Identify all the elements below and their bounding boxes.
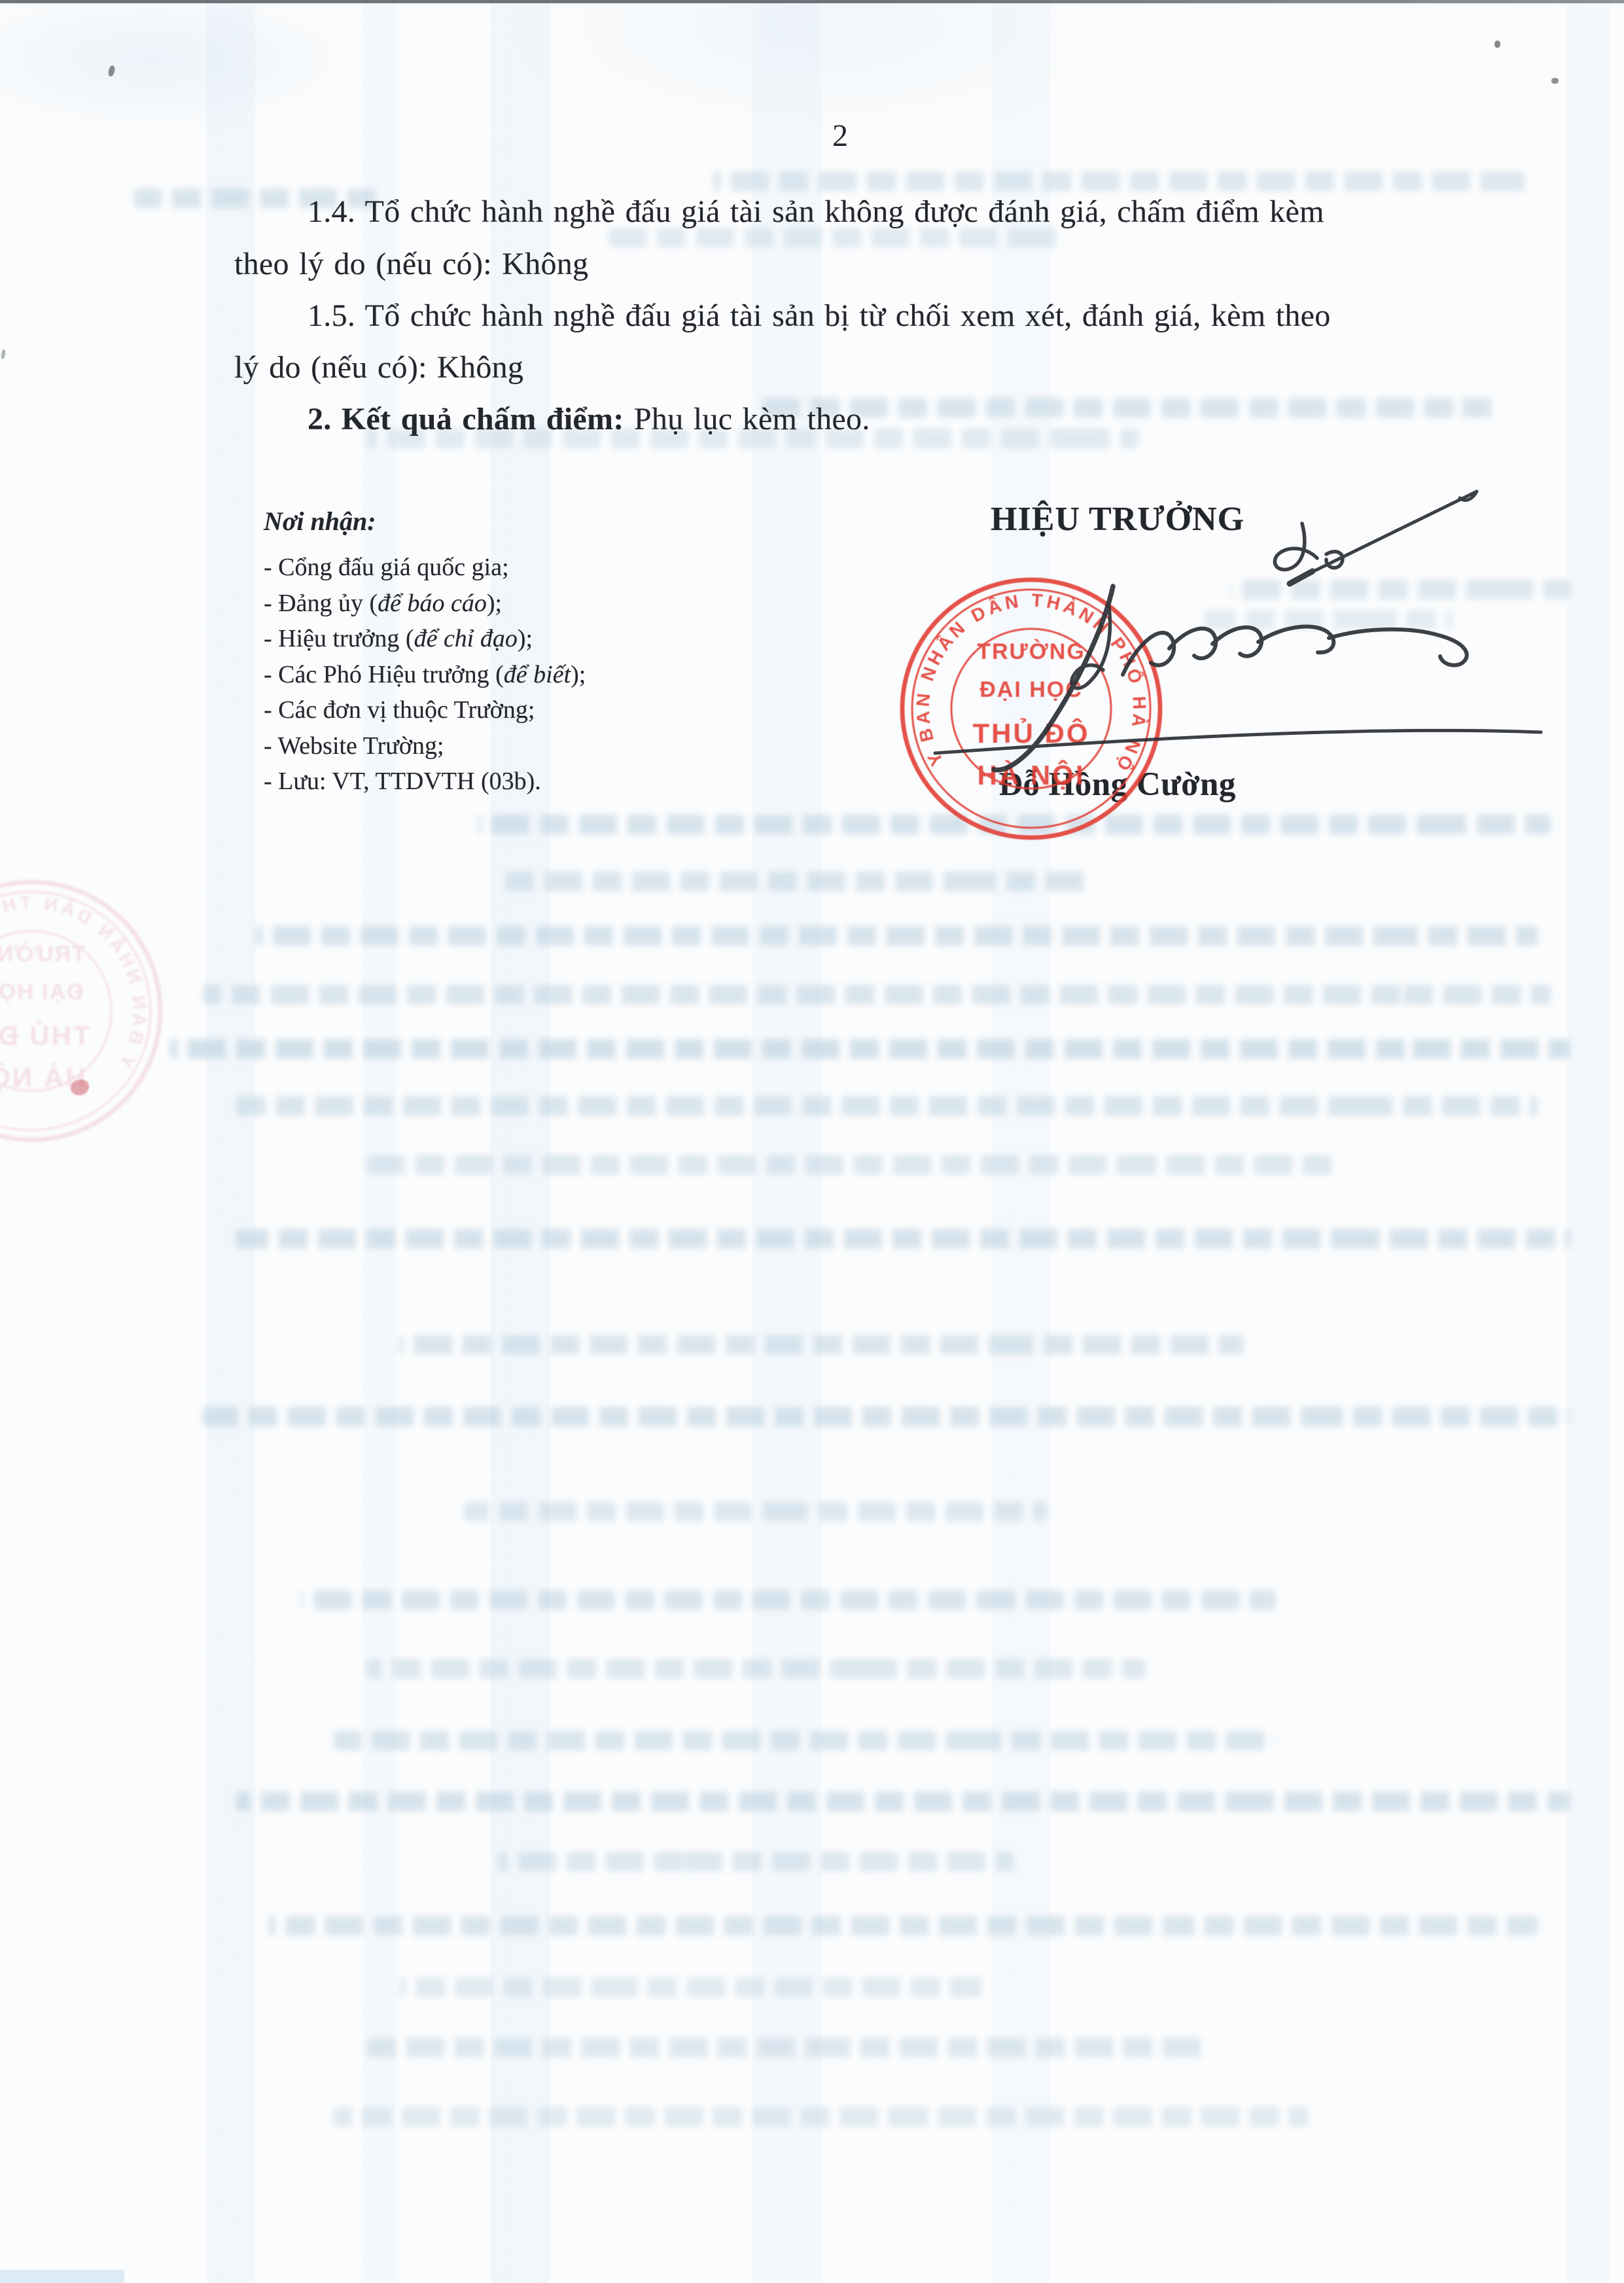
bleedthrough-text-line bbox=[504, 872, 1093, 891]
bleedthrough-text-line bbox=[1230, 580, 1570, 599]
bleedthrough-text-line bbox=[203, 1407, 1570, 1426]
signature-loops bbox=[1123, 627, 1467, 675]
scan-tint-layer bbox=[0, 0, 1624, 2283]
bleedthrough-text-line bbox=[268, 1916, 1538, 1936]
bleedthrough-text-line bbox=[203, 985, 1551, 1004]
bleedthrough-text-line bbox=[366, 2038, 1210, 2057]
bleedthrough-text-line bbox=[334, 2107, 1309, 2127]
scan-speck bbox=[107, 65, 116, 77]
recipient-item: - Website Trường; bbox=[264, 728, 586, 764]
scan-top-edge-artifact bbox=[0, 0, 1624, 3]
bleedthrough-text-line bbox=[334, 1731, 1276, 1750]
recipient-item: - Hiệu trưởng (để chỉ đạo); bbox=[264, 621, 586, 657]
stamp-center-line: THỦ ĐÔ bbox=[973, 717, 1090, 749]
stamp-ring-text: ỦY BAN NHÂN DÂN THÀNH PHỐ HÀ NỘI bbox=[913, 590, 1150, 778]
bleedthrough-text-line bbox=[236, 1096, 1538, 1116]
signer-name: Đỗ Hồng Cường bbox=[998, 766, 1236, 804]
bleedthrough-text-line bbox=[713, 171, 1525, 191]
signature-underline bbox=[935, 730, 1541, 753]
signature-flourish bbox=[1275, 523, 1343, 570]
bleedthrough-text-line bbox=[236, 1792, 1570, 1811]
bleedthrough-text-line bbox=[465, 1502, 1047, 1521]
scan-speck bbox=[1494, 41, 1500, 48]
signature-main-stroke bbox=[994, 586, 1113, 770]
bleedthrough-text-line bbox=[399, 1335, 1243, 1354]
recipients-heading: Nơi nhận: bbox=[264, 506, 376, 537]
bleedthrough-text-line bbox=[399, 1977, 981, 1997]
recipient-item: - Các đơn vị thuộc Trường; bbox=[264, 692, 586, 728]
recipient-item: - Đảng ủy (để báo cáo); bbox=[264, 586, 586, 622]
bleedthrough-text-line bbox=[497, 1852, 1014, 1871]
signature-flourish-tip bbox=[1290, 571, 1313, 584]
svg-text:ỦY BAN NHÂN DÂN THÀNH PHỐ HÀ N: ỦY BAN NHÂN DÂN THÀNH PHỐ HÀ NỘI bbox=[913, 590, 1150, 778]
bleedthrough-ink-blot bbox=[71, 1080, 89, 1095]
bleedthrough-text-line bbox=[366, 1155, 1341, 1175]
stamp-center-line: TRƯỜNG bbox=[977, 639, 1086, 664]
bleedthrough-text-line bbox=[478, 815, 1551, 834]
recipients-list: - Cổng đấu giá quốc gia; - Đảng ủy (để b… bbox=[264, 550, 586, 800]
bleedthrough-stamp bbox=[0, 874, 169, 1148]
bleedthrough-text-line bbox=[301, 1590, 1276, 1610]
paragraph-2-heading: 2. Kết quả chấm điểm: Phụ lục kèm theo. bbox=[308, 401, 870, 437]
signature-inner-loop bbox=[1072, 607, 1110, 688]
paragraph-1-5-line-2: lý do (nếu có): Không bbox=[234, 349, 523, 385]
recipient-item: - Lưu: VT, TTDVTH (03b). bbox=[264, 764, 586, 800]
paragraph-1-4-line-2: theo lý do (nếu có): Không bbox=[234, 246, 588, 282]
page-number: 2 bbox=[826, 118, 855, 154]
bleedthrough-text-line bbox=[170, 1039, 1570, 1059]
signer-title: HIỆU TRƯỞNG bbox=[991, 500, 1244, 539]
paragraph-1-5-line-1: 1.5. Tổ chức hành nghề đấu giá tài sản b… bbox=[308, 298, 1331, 334]
bleedthrough-text-line bbox=[236, 1229, 1570, 1248]
bleedthrough-text-line bbox=[366, 1659, 1145, 1678]
scan-bottom-edge-artifact bbox=[0, 2270, 124, 2283]
bleedthrough-layer bbox=[0, 0, 1624, 2283]
paragraph-1-4-line-1: 1.4. Tổ chức hành nghề đấu giá tài sản k… bbox=[308, 194, 1324, 230]
official-red-stamp: ỦY BAN NHÂN DÂN THÀNH PHỐ HÀ NỘI TRƯỜNG … bbox=[894, 571, 1169, 846]
recipient-item: - Các Phó Hiệu trưởng (để biết); bbox=[264, 657, 586, 693]
bleedthrough-text-line bbox=[255, 926, 1538, 946]
scanned-document-page: 2 1.4. Tổ chức hành nghề đấu giá tài sản… bbox=[0, 0, 1624, 2283]
bleedthrough-text-line bbox=[1204, 610, 1453, 629]
stamp-center-line: ĐẠI HỌC bbox=[980, 677, 1083, 702]
signature-flourish-stroke bbox=[1294, 491, 1477, 581]
scan-speck bbox=[1, 349, 7, 360]
recipient-item: - Cổng đấu giá quốc gia; bbox=[264, 550, 586, 586]
signature-ink-strokes bbox=[0, 0, 1624, 2283]
scan-speck bbox=[1551, 78, 1559, 84]
bleedthrough-text-line bbox=[609, 228, 1067, 247]
